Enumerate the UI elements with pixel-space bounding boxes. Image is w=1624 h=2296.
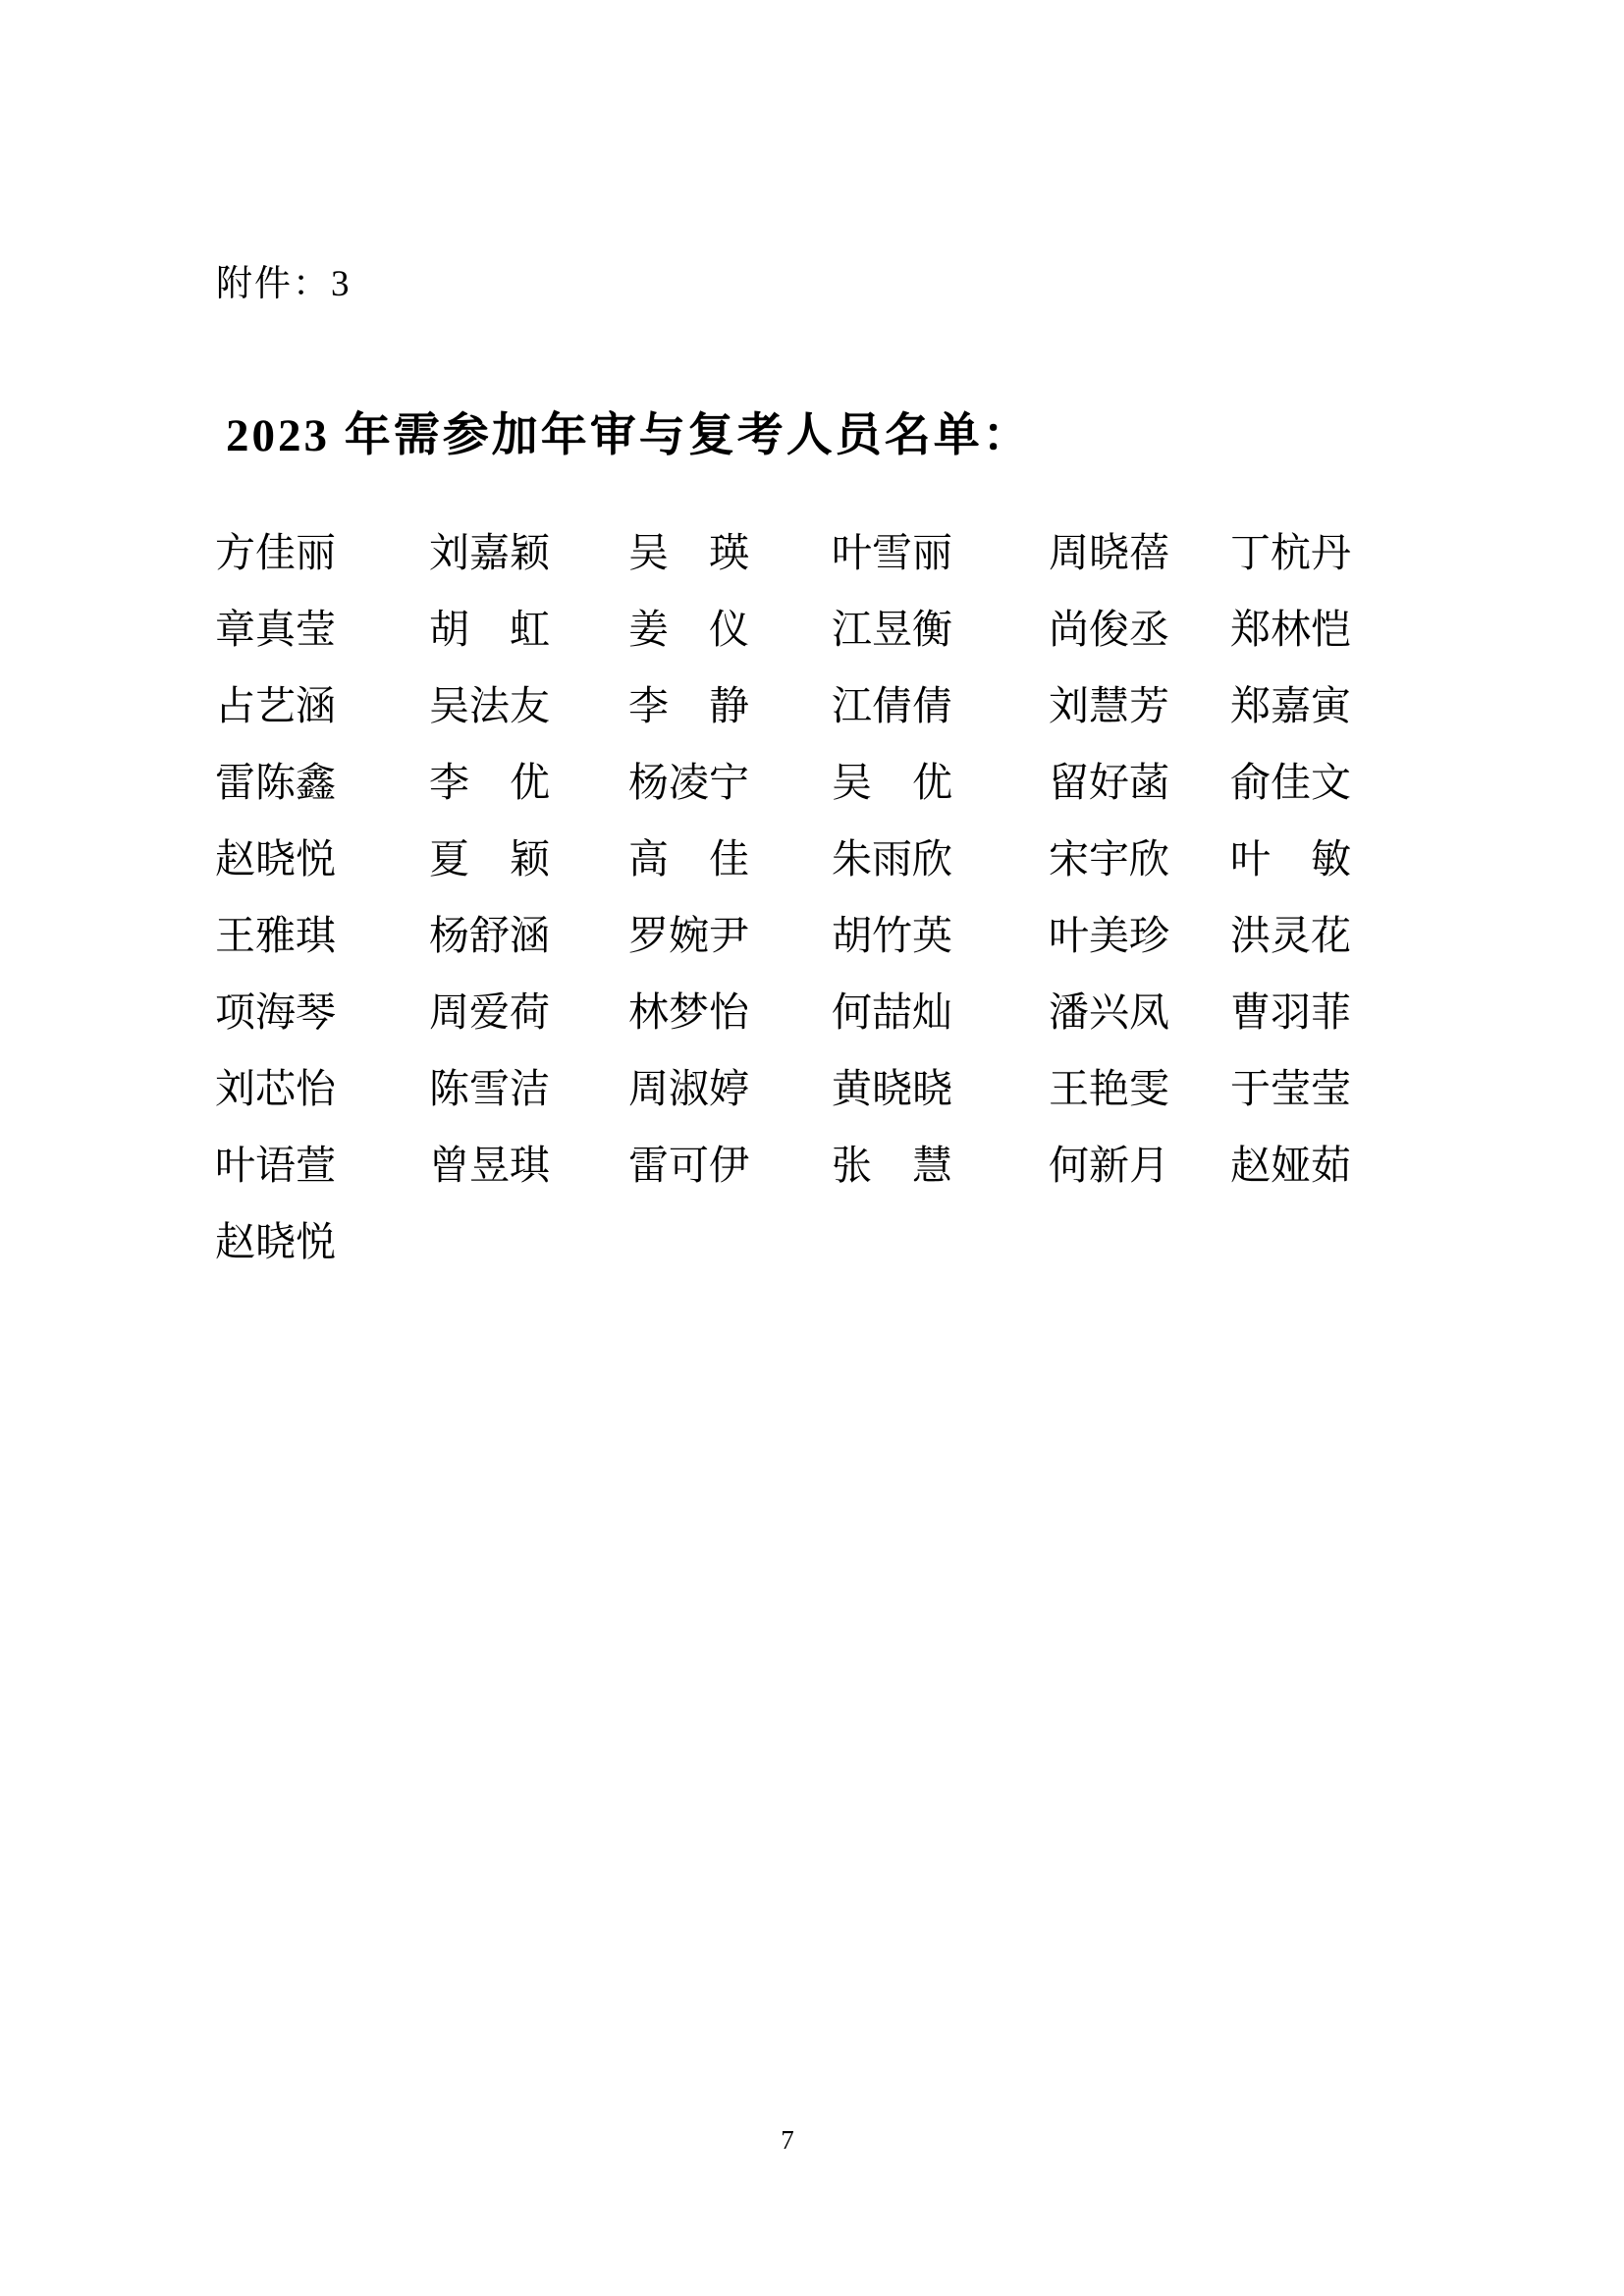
person-name: 高 佳 [628, 839, 749, 880]
person-name: 宋宇欣 [1049, 839, 1169, 880]
name-row: 赵晓悦 [215, 1203, 1452, 1280]
person-name: 丁杭丹 [1230, 533, 1351, 573]
name-grid: 方佳丽刘嘉颖吴 瑛叶雪丽周晓蓓丁杭丹章真莹胡 虹姜 仪江昱衡尚俊丞郑林恺占艺涵吴… [215, 514, 1452, 1280]
person-name: 雷陈鑫 [215, 763, 336, 803]
attachment-label: 附件：3 [216, 263, 352, 306]
person-name: 赵晓悦 [215, 839, 336, 880]
person-name: 周淑婷 [628, 1069, 749, 1109]
page-number: 7 [768, 2124, 807, 2156]
person-name: 赵晓悦 [215, 1222, 336, 1262]
person-name: 项海琴 [215, 992, 336, 1033]
person-name: 李 静 [628, 686, 749, 726]
person-name: 黄晓晓 [832, 1069, 952, 1109]
person-name: 林梦怡 [628, 992, 749, 1033]
person-name: 叶美珍 [1049, 916, 1169, 956]
person-name: 杨舒涵 [429, 916, 550, 956]
person-name: 方佳丽 [215, 533, 336, 573]
person-name: 周爱荷 [429, 992, 550, 1033]
name-row: 项海琴周爱荷林梦怡何喆灿潘兴凤曹羽菲 [215, 974, 1452, 1050]
name-row: 叶语萱曾昱琪雷可伊张 慧何新月赵娅茹 [215, 1127, 1452, 1203]
person-name: 刘芯怡 [215, 1069, 336, 1109]
person-name: 章真莹 [215, 610, 336, 650]
person-name: 俞佳文 [1230, 763, 1351, 803]
person-name: 罗婉尹 [628, 916, 749, 956]
person-name: 王雅琪 [215, 916, 336, 956]
person-name: 吴 优 [832, 763, 952, 803]
person-name: 李 优 [429, 763, 550, 803]
person-name: 刘嘉颖 [429, 533, 550, 573]
person-name: 姜 仪 [628, 610, 749, 650]
name-row: 刘芯怡陈雪洁周淑婷黄晓晓王艳雯于莹莹 [215, 1050, 1452, 1127]
person-name: 何喆灿 [832, 992, 952, 1033]
page-title: 2023 年需参加年审与复考人员名单： [226, 406, 1032, 466]
person-name: 洪灵花 [1230, 916, 1351, 956]
document-page: 附件：3 2023 年需参加年审与复考人员名单： 方佳丽刘嘉颖吴 瑛叶雪丽周晓蓓… [0, 0, 1624, 2296]
person-name: 曾昱琪 [429, 1146, 550, 1186]
name-row: 章真莹胡 虹姜 仪江昱衡尚俊丞郑林恺 [215, 591, 1452, 667]
person-name: 留好菡 [1049, 763, 1169, 803]
name-row: 方佳丽刘嘉颖吴 瑛叶雪丽周晓蓓丁杭丹 [215, 514, 1452, 591]
person-name: 江昱衡 [832, 610, 952, 650]
person-name: 夏 颖 [429, 839, 550, 880]
name-row: 王雅琪杨舒涵罗婉尹胡竹英叶美珍洪灵花 [215, 897, 1452, 974]
person-name: 朱雨欣 [832, 839, 952, 880]
person-name: 王艳雯 [1049, 1069, 1169, 1109]
person-name: 周晓蓓 [1049, 533, 1169, 573]
person-name: 吴法友 [429, 686, 550, 726]
name-row: 雷陈鑫李 优杨凌宁吴 优留好菡俞佳文 [215, 744, 1452, 821]
name-row: 赵晓悦夏 颖高 佳朱雨欣宋宇欣叶 敏 [215, 821, 1452, 897]
person-name: 杨凌宁 [628, 763, 749, 803]
person-name: 张 慧 [832, 1146, 952, 1186]
person-name: 雷可伊 [628, 1146, 749, 1186]
person-name: 郑嘉寅 [1230, 686, 1351, 726]
person-name: 曹羽菲 [1230, 992, 1351, 1033]
person-name: 赵娅茹 [1230, 1146, 1351, 1186]
person-name: 于莹莹 [1230, 1069, 1351, 1109]
person-name: 江倩倩 [832, 686, 952, 726]
person-name: 叶雪丽 [832, 533, 952, 573]
name-row: 占艺涵吴法友李 静江倩倩刘慧芳郑嘉寅 [215, 667, 1452, 744]
person-name: 叶 敏 [1230, 839, 1351, 880]
person-name: 陈雪洁 [429, 1069, 550, 1109]
person-name: 叶语萱 [215, 1146, 336, 1186]
person-name: 吴 瑛 [628, 533, 749, 573]
person-name: 潘兴凤 [1049, 992, 1169, 1033]
person-name: 胡 虹 [429, 610, 550, 650]
person-name: 何新月 [1049, 1146, 1169, 1186]
person-name: 刘慧芳 [1049, 686, 1169, 726]
person-name: 郑林恺 [1230, 610, 1351, 650]
person-name: 胡竹英 [832, 916, 952, 956]
person-name: 尚俊丞 [1049, 610, 1169, 650]
person-name: 占艺涵 [215, 686, 336, 726]
